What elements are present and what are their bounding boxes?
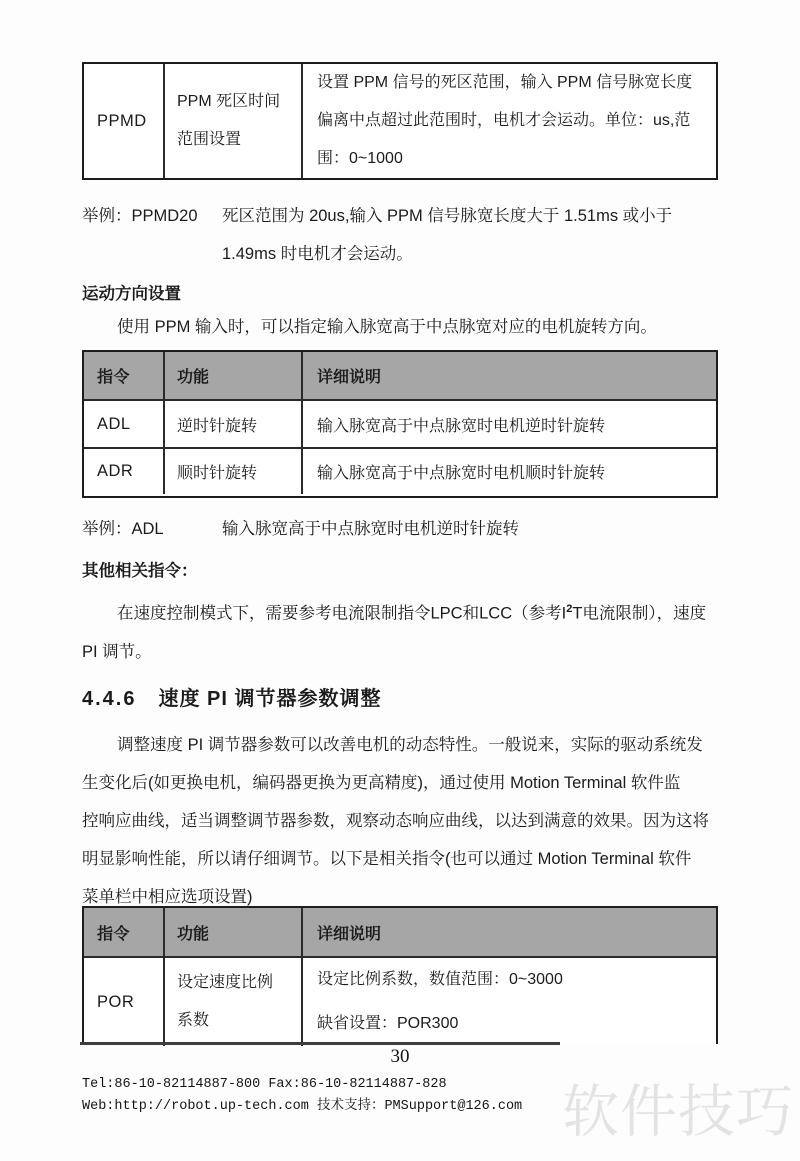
function-line: 设定速度比例 <box>177 964 301 1002</box>
section-title: 速度 PI 调节器参数调整 <box>158 688 381 710</box>
example-label: 举例：PPMD20 <box>82 197 222 273</box>
footer-tel-fax: Tel:86-10-82114887-800 Fax:86-10-8211488… <box>82 1074 522 1096</box>
description-text: 输入脉宽高于中点脉宽时电机顺时针旋转 <box>303 449 716 494</box>
paragraph-line: 在速度控制模式下，需要参考电流限制指令LPC和LCC（参考I2T电流限制），速度 <box>82 590 732 633</box>
table-header-row: 指令 功能 详细说明 <box>84 908 716 956</box>
related-commands-paragraph: 在速度控制模式下，需要参考电流限制指令LPC和LCC（参考I2T电流限制），速度… <box>82 590 732 671</box>
motion-direction-intro: 使用 PPM 输入时，可以指定输入脉宽高于中点脉宽对应的电机旋转方向。 <box>82 308 732 346</box>
function-line: 系数 <box>177 1002 301 1040</box>
cell-function: 设定速度比例 系数 <box>165 958 303 1046</box>
header-description: 详细说明 <box>303 352 716 399</box>
example-line: 死区范围为 20us,输入 PPM 信号脉宽长度大于 1.51ms 或小于 <box>222 197 672 235</box>
function-line: 范围设置 <box>177 121 301 159</box>
footer-web-support: Web:http://robot.up-tech.com 技术支持：PMSupp… <box>82 1096 522 1118</box>
example-adl: 举例：ADL 输入脉宽高于中点脉宽时电机逆时针旋转 <box>82 510 732 548</box>
table-pi-parameters: 指令 功能 详细说明 POR 设定速度比例 系数 设定比例系数，数值范围：0~3… <box>82 906 718 1044</box>
paragraph-line: 调整速度 PI 调节器参数可以改善电机的动态特性。一般说来，实际的驱动系统发 <box>82 726 732 764</box>
table-row-adr: ADR 顺时针旋转 输入脉宽高于中点脉宽时电机顺时针旋转 <box>84 447 716 494</box>
cell-description: 设置 PPM 信号的死区范围，输入 PPM 信号脉宽长度 偏离中点超过此范围时，… <box>303 64 716 178</box>
footer-contact: Tel:86-10-82114887-800 Fax:86-10-8211488… <box>82 1074 522 1118</box>
table-header-row: 指令 功能 详细说明 <box>84 352 716 399</box>
description-line: 围：0~1000 <box>317 140 706 178</box>
table-row: PPMD PPM 死区时间 范围设置 设置 PPM 信号的死区范围，输入 PPM… <box>84 64 716 178</box>
table-row-por: POR 设定速度比例 系数 设定比例系数，数值范围：0~3000 缺省设置：PO… <box>84 956 716 1042</box>
example-ppmd: 举例：PPMD20 死区范围为 20us,输入 PPM 信号脉宽长度大于 1.5… <box>82 197 732 273</box>
section-number: 4.4.6 <box>82 688 136 710</box>
description-text: 输入脉宽高于中点脉宽时电机逆时针旋转 <box>303 401 716 447</box>
text-run: 在速度控制模式下，需要参考电流限制指令LPC和LCC（参考I <box>117 605 566 623</box>
description-line: 缺省设置：POR300 <box>317 1002 706 1046</box>
header-function: 功能 <box>165 352 303 399</box>
command-label: PPMD <box>97 102 163 140</box>
command-label: POR <box>84 958 165 1046</box>
watermark-text: 软件技巧 <box>562 1066 794 1148</box>
cell-description: 设定比例系数，数值范围：0~3000 缺省设置：POR300 <box>303 958 716 1046</box>
header-function: 功能 <box>165 908 303 956</box>
paragraph-line: 明显影响性能，所以请仔细调节。以下是相关指令(也可以通过 Motion Term… <box>82 840 732 878</box>
description-line: 设定比例系数，数值范围：0~3000 <box>317 958 706 1002</box>
cell-command: PPMD <box>84 64 165 178</box>
pi-tuning-paragraph: 调整速度 PI 调节器参数可以改善电机的动态特性。一般说来，实际的驱动系统发 生… <box>82 726 732 916</box>
paragraph-line: PI 调节。 <box>82 633 732 671</box>
function-label: 逆时针旋转 <box>165 401 303 447</box>
command-text: POR <box>97 983 163 1021</box>
command-label: ADR <box>84 449 165 494</box>
description-line: 设置 PPM 信号的死区范围，输入 PPM 信号脉宽长度 <box>317 64 706 102</box>
table-cut-border <box>80 1042 560 1045</box>
example-text: 死区范围为 20us,输入 PPM 信号脉宽长度大于 1.51ms 或小于 1.… <box>222 197 672 273</box>
header-command: 指令 <box>84 908 165 956</box>
header-command: 指令 <box>84 352 165 399</box>
example-text: 输入脉宽高于中点脉宽时电机逆时针旋转 <box>222 510 519 548</box>
table-ppmd-continuation: PPMD PPM 死区时间 范围设置 设置 PPM 信号的死区范围，输入 PPM… <box>82 62 718 180</box>
function-label: 顺时针旋转 <box>165 449 303 494</box>
page-number: 30 <box>0 1046 800 1068</box>
command-label: ADL <box>84 401 165 447</box>
function-line: PPM 死区时间 <box>177 83 301 121</box>
table-row-adl: ADL 逆时针旋转 输入脉宽高于中点脉宽时电机逆时针旋转 <box>84 399 716 447</box>
header-description: 详细说明 <box>303 908 716 956</box>
paragraph-line: 生变化后(如更换电机，编码器更换为更高精度)，通过使用 Motion Termi… <box>82 764 732 802</box>
related-commands-heading: 其他相关指令： <box>82 557 198 581</box>
paragraph-line: 控响应曲线，适当调整调节器参数，观察动态响应曲线，以达到满意的效果。因为这将 <box>82 802 732 840</box>
example-label: 举例：ADL <box>82 510 222 548</box>
table-direction: 指令 功能 详细说明 ADL 逆时针旋转 输入脉宽高于中点脉宽时电机逆时针旋转 … <box>82 350 718 498</box>
example-line: 1.49ms 时电机才会运动。 <box>222 235 672 273</box>
section-heading-4-4-6: 4.4.6速度 PI 调节器参数调整 <box>82 682 382 711</box>
text-run: T电流限制），速度 <box>572 605 706 623</box>
description-line: 偏离中点超过此范围时，电机才会运动。单位：us,范 <box>317 102 706 140</box>
motion-direction-heading: 运动方向设置 <box>82 280 181 304</box>
document-page: PPMD PPM 死区时间 范围设置 设置 PPM 信号的死区范围，输入 PPM… <box>0 0 800 1161</box>
cell-function: PPM 死区时间 范围设置 <box>165 64 303 178</box>
